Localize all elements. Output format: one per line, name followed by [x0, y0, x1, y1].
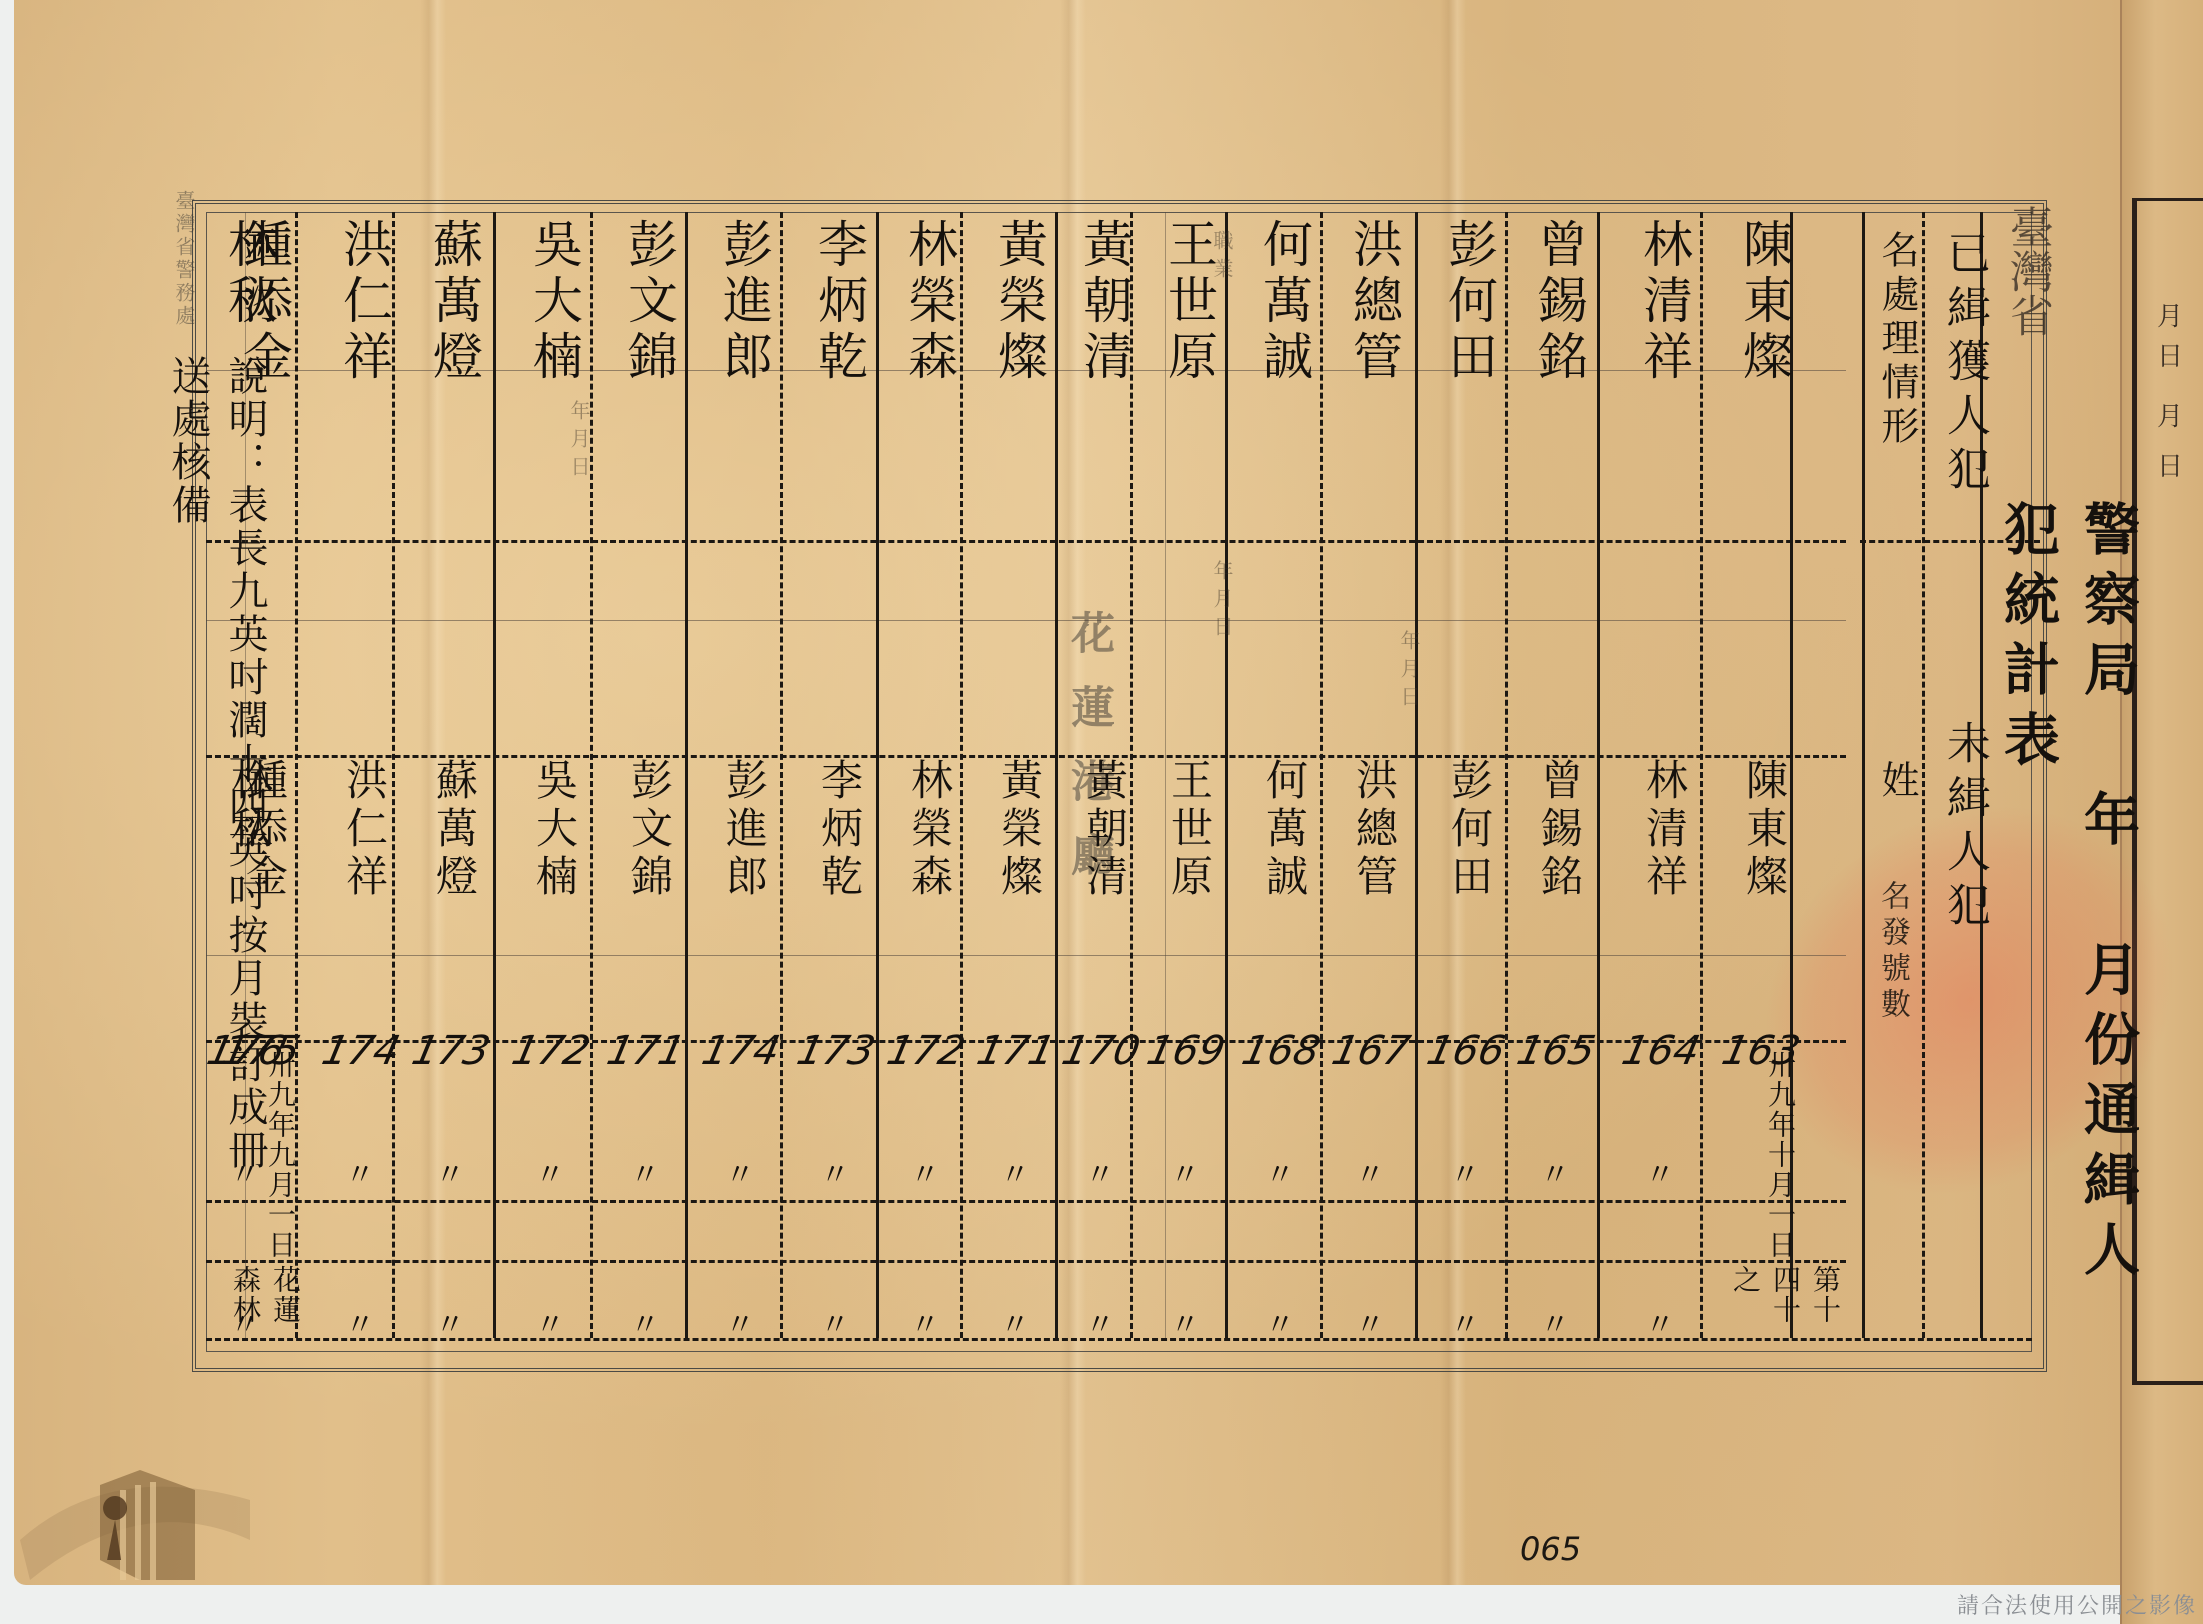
grid-column-divider	[493, 212, 496, 1338]
header-column-label: 已緝獲人犯	[1932, 230, 1996, 630]
ditto-mark: 〃	[1640, 1300, 1680, 1344]
grid-column-divider	[1225, 212, 1228, 1338]
record-name-secondary: 彭進郎	[714, 758, 774, 1018]
printed-form-label: 年月日	[1208, 560, 1237, 644]
record-agency-note: 第十 四十之	[1725, 1265, 1845, 1345]
next-page-label: 月	[2150, 300, 2190, 334]
ditto-mark: 〃	[1165, 1150, 1205, 1194]
ditto-mark: 〃	[625, 1150, 665, 1194]
ditto-mark: 〃	[995, 1150, 1035, 1194]
usage-notice: 請合法使用公開之影像	[1957, 1589, 2197, 1620]
record-name-primary: 李炳乾	[803, 218, 875, 538]
record-name-primary: 何萬誠	[1248, 218, 1320, 538]
grid-column-divider	[590, 212, 593, 1338]
record-name-primary: 林榮森	[893, 218, 965, 538]
ditto-mark: 〃	[225, 1300, 265, 1344]
record-name-secondary: 王世原	[1159, 758, 1219, 1018]
next-page-label: 月	[2150, 400, 2190, 434]
ditto-mark: 〃	[1640, 1150, 1680, 1194]
ditto-mark: 〃	[1535, 1150, 1575, 1194]
document-title: 警察局 年 月份通緝人犯統計表	[1988, 500, 2148, 1320]
record-name-secondary: 曾錫銘	[1529, 758, 1589, 1018]
record-serial-number: 174	[311, 1028, 411, 1074]
record-name-primary: 林清祥	[1628, 218, 1700, 538]
grid-row-divider	[206, 1200, 1846, 1203]
record-serial-number: 167	[1321, 1028, 1421, 1074]
organization-label: 臺灣省	[1995, 205, 2059, 475]
header-column-label: 名處理情形	[1870, 230, 1925, 710]
ditto-mark: 〃	[1445, 1150, 1485, 1194]
record-name-secondary: 陳東燦	[1734, 758, 1794, 1018]
ditto-mark: 〃	[530, 1300, 570, 1344]
explanation-note: 說明：表長九英吋濶十四英吋按月裝訂成冊送處核備	[160, 355, 274, 1205]
header-column-label: 未緝人犯	[1932, 720, 1996, 1020]
record-name-primary: 陳東燦	[1728, 218, 1800, 538]
margin-printed-text: 臺灣省警務處	[170, 190, 199, 328]
record-name-secondary: 黃榮燦	[989, 758, 1049, 1018]
record-name-primary: 洪總管	[1338, 218, 1410, 538]
grid-subrow-divider	[206, 620, 1846, 621]
ditto-mark: 〃	[1445, 1300, 1485, 1344]
ditto-mark: 〃	[905, 1150, 945, 1194]
record-serial-number: 171	[596, 1028, 696, 1074]
ditto-mark: 〃	[430, 1300, 470, 1344]
record-name-primary: 黃榮燦	[983, 218, 1055, 538]
record-name-primary: 彭進郎	[708, 218, 780, 538]
record-serial-number: 171	[966, 1028, 1066, 1074]
record-serial-number: 172	[876, 1028, 976, 1074]
record-serial-number: 173	[786, 1028, 886, 1074]
ditto-mark: 〃	[1350, 1150, 1390, 1194]
record-name-secondary: 蘇萬燈	[424, 758, 484, 1018]
ditto-mark: 〃	[1260, 1150, 1300, 1194]
record-serial-number: 166	[1416, 1028, 1516, 1074]
ditto-mark: 〃	[340, 1300, 380, 1344]
header-column-label: 姓	[1870, 760, 1925, 880]
grid-row-divider	[206, 1260, 1846, 1263]
record-name-primary: 彭文錦	[613, 218, 685, 538]
grid-column-divider	[1320, 212, 1323, 1338]
record-name-primary: 彭何田	[1433, 218, 1505, 538]
ditto-mark: 〃	[720, 1150, 760, 1194]
ditto-mark: 〃	[1350, 1300, 1390, 1344]
ditto-mark: 〃	[1080, 1150, 1120, 1194]
grid-column-divider	[1700, 212, 1703, 1338]
ditto-mark: 〃	[905, 1300, 945, 1344]
ditto-mark: 〃	[815, 1300, 855, 1344]
page-number: 065	[1520, 1530, 1581, 1568]
record-name-primary: 曾錫銘	[1523, 218, 1595, 538]
record-serial-number: 170	[1051, 1028, 1151, 1074]
grid-column-divider	[685, 212, 688, 1338]
ditto-mark: 〃	[720, 1300, 760, 1344]
next-page-label: 日	[2150, 450, 2190, 484]
record-name-secondary: 林榮森	[899, 758, 959, 1018]
ditto-mark: 〃	[1165, 1300, 1205, 1344]
record-name-secondary: 何萬誠	[1254, 758, 1314, 1018]
ditto-mark: 〃	[1535, 1300, 1575, 1344]
record-name-secondary: 洪仁祥	[334, 758, 394, 1018]
record-serial-number: 169	[1136, 1028, 1236, 1074]
record-name-primary: 黃朝清	[1068, 218, 1140, 538]
ditto-mark: 〃	[1260, 1300, 1300, 1344]
record-name-primary: 王世原	[1153, 218, 1225, 538]
record-name-primary: 吳大楠	[518, 218, 590, 538]
ditto-mark: 〃	[815, 1150, 855, 1194]
ditto-mark: 〃	[995, 1300, 1035, 1344]
record-name-secondary: 吳大楠	[524, 758, 584, 1018]
next-page-label: 日	[2150, 340, 2190, 374]
record-name-secondary: 彭文錦	[619, 758, 679, 1018]
record-serial-number: 164	[1611, 1028, 1711, 1074]
ditto-mark: 〃	[625, 1300, 665, 1344]
ditto-mark: 〃	[1080, 1300, 1120, 1344]
grid-column-divider	[1505, 212, 1508, 1338]
record-name-primary: 洪仁祥	[328, 218, 400, 538]
record-name-secondary: 洪總管	[1344, 758, 1404, 1018]
record-serial-number: 168	[1231, 1028, 1331, 1074]
printed-form-label: 年月日	[1395, 630, 1424, 714]
grid-column-divider	[1597, 212, 1600, 1338]
record-serial-number: 174	[691, 1028, 791, 1074]
ditto-mark: 〃	[340, 1150, 380, 1194]
grid-row-divider	[206, 540, 1846, 543]
record-serial-number: 173	[401, 1028, 501, 1074]
grid-column-divider	[876, 212, 879, 1338]
grid-column-divider	[1415, 212, 1418, 1338]
record-name-primary: 蘇萬燈	[418, 218, 490, 538]
record-serial-number: 165	[1506, 1028, 1606, 1074]
archive-logo-icon	[20, 1430, 250, 1580]
record-serial-number: 172	[501, 1028, 601, 1074]
record-name-secondary: 李炳乾	[809, 758, 869, 1018]
grid-column-divider	[780, 212, 783, 1338]
grid-column-divider	[1862, 212, 1865, 1338]
ditto-mark: 〃	[530, 1150, 570, 1194]
header-column-label: 名發號數	[1870, 880, 1914, 1320]
record-name-secondary: 黃朝清	[1074, 758, 1134, 1018]
ditto-mark: 〃	[430, 1150, 470, 1194]
record-name-secondary: 林清祥	[1634, 758, 1694, 1018]
record-name-secondary: 彭何田	[1439, 758, 1499, 1018]
